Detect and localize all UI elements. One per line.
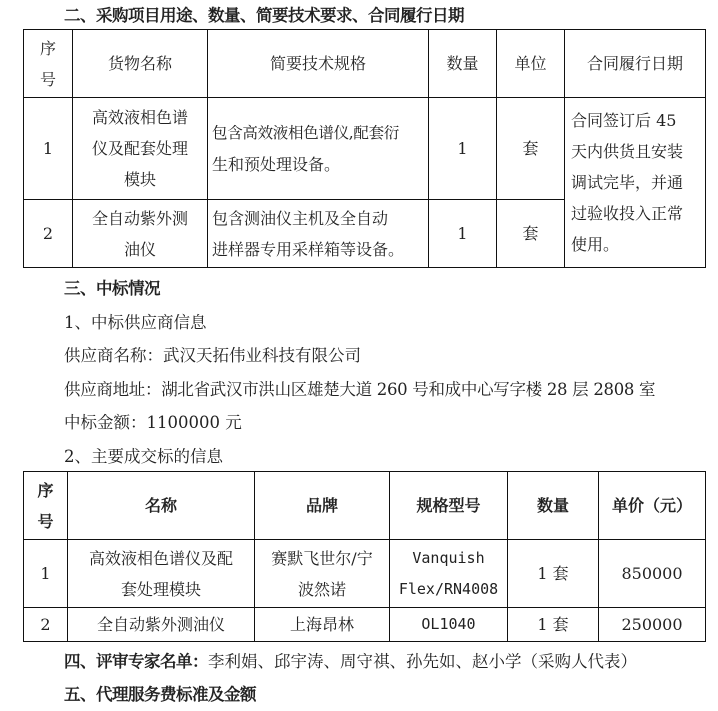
unit-cell: 套 — [497, 98, 565, 200]
section5-heading: 五、代理服务费标准及金额 — [64, 684, 256, 706]
unit-price-cell: 850000 — [599, 540, 706, 608]
header-contract-date: 合同履行日期 — [565, 30, 706, 98]
header-goods-name: 货物名称 — [73, 30, 208, 98]
header-seq: 序 号 — [24, 472, 68, 540]
quantity-cell: 1 套 — [508, 608, 599, 642]
section3-heading: 三、中标情况 — [64, 278, 160, 300]
header-model: 规格型号 — [390, 472, 508, 540]
header-unit: 单位 — [497, 30, 565, 98]
brand-cell: 赛默飞世尔/宁 波然诺 — [255, 540, 390, 608]
winning-items-table: 序 号 名称 品牌 规格型号 数量 单价（元） 1 高效液相色谱仪及配 套处理模… — [23, 471, 706, 642]
seq-cell: 2 — [24, 608, 68, 642]
header-tech-spec: 简要技术规格 — [208, 30, 429, 98]
name-cell: 高效液相色谱仪及配 套处理模块 — [68, 540, 255, 608]
unit-cell: 套 — [497, 200, 565, 268]
model-cell: OL1040 — [390, 608, 508, 642]
table-row: 1 高效液相色谱 仪及配套处理 模块 包含高效液相色谱仪,配套衍 生和预处理设备… — [24, 98, 706, 200]
header-quantity: 数量 — [508, 472, 599, 540]
header-quantity: 数量 — [429, 30, 497, 98]
header-seq: 序 号 — [24, 30, 73, 98]
header-name: 名称 — [68, 472, 255, 540]
section4-heading: 四、评审专家名单： — [64, 652, 208, 671]
quantity-cell: 1 — [429, 98, 497, 200]
model-cell: Vanquish Flex/RN4008 — [390, 540, 508, 608]
section2-heading: 二、采购项目用途、数量、简要技术要求、合同履行日期 — [64, 5, 464, 27]
unit-price-cell: 250000 — [599, 608, 706, 642]
table-row: 2 全自动紫外测油仪 上海昂林 OL1040 1 套 250000 — [24, 608, 706, 642]
table-header-row: 序 号 名称 品牌 规格型号 数量 单价（元） — [24, 472, 706, 540]
header-brand: 品牌 — [255, 472, 390, 540]
tech-spec-cell: 包含测油仪主机及全自动 进样器专用采样箱等设备。 — [208, 200, 429, 268]
seq-cell: 2 — [24, 200, 73, 268]
goods-name-cell: 高效液相色谱 仪及配套处理 模块 — [73, 98, 208, 200]
seq-cell: 1 — [24, 98, 73, 200]
contract-date-cell: 合同签订后 45 天内供货且安装 调试完毕，并通 过验收投入正常 使用。 — [565, 98, 706, 268]
tech-spec-cell: 包含高效液相色谱仪,配套衍 生和预处理设备。 — [208, 98, 429, 200]
brand-cell: 上海昂林 — [255, 608, 390, 642]
seq-cell: 1 — [24, 540, 68, 608]
bid-amount: 中标金额：1100000 元 — [64, 412, 242, 434]
name-cell: 全自动紫外测油仪 — [68, 608, 255, 642]
expert-list: 李利娟、邱宇涛、周守祺、孙先如、赵小学（采购人代表） — [208, 652, 637, 671]
quantity-cell: 1 — [429, 200, 497, 268]
header-unit-price: 单价（元） — [599, 472, 706, 540]
section3-sub2: 2、主要成交标的信息 — [64, 446, 223, 468]
table-header-row: 序 号 货物名称 简要技术规格 数量 单位 合同履行日期 — [24, 30, 706, 98]
table-row: 1 高效液相色谱仪及配 套处理模块 赛默飞世尔/宁 波然诺 Vanquish F… — [24, 540, 706, 608]
procurement-items-table: 序 号 货物名称 简要技术规格 数量 单位 合同履行日期 1 高效液相色谱 仪及… — [23, 29, 706, 268]
goods-name-cell: 全自动紫外测 油仪 — [73, 200, 208, 268]
quantity-cell: 1 套 — [508, 540, 599, 608]
supplier-name: 供应商名称：武汉天拓伟业科技有限公司 — [64, 345, 361, 367]
section4-line: 四、评审专家名单：李利娟、邱宇涛、周守祺、孙先如、赵小学（采购人代表） — [64, 651, 637, 673]
section3-sub1: 1、中标供应商信息 — [64, 312, 207, 334]
supplier-address: 供应商地址：湖北省武汉市洪山区雄楚大道 260 号和成中心写字楼 28 层 28… — [64, 379, 655, 401]
